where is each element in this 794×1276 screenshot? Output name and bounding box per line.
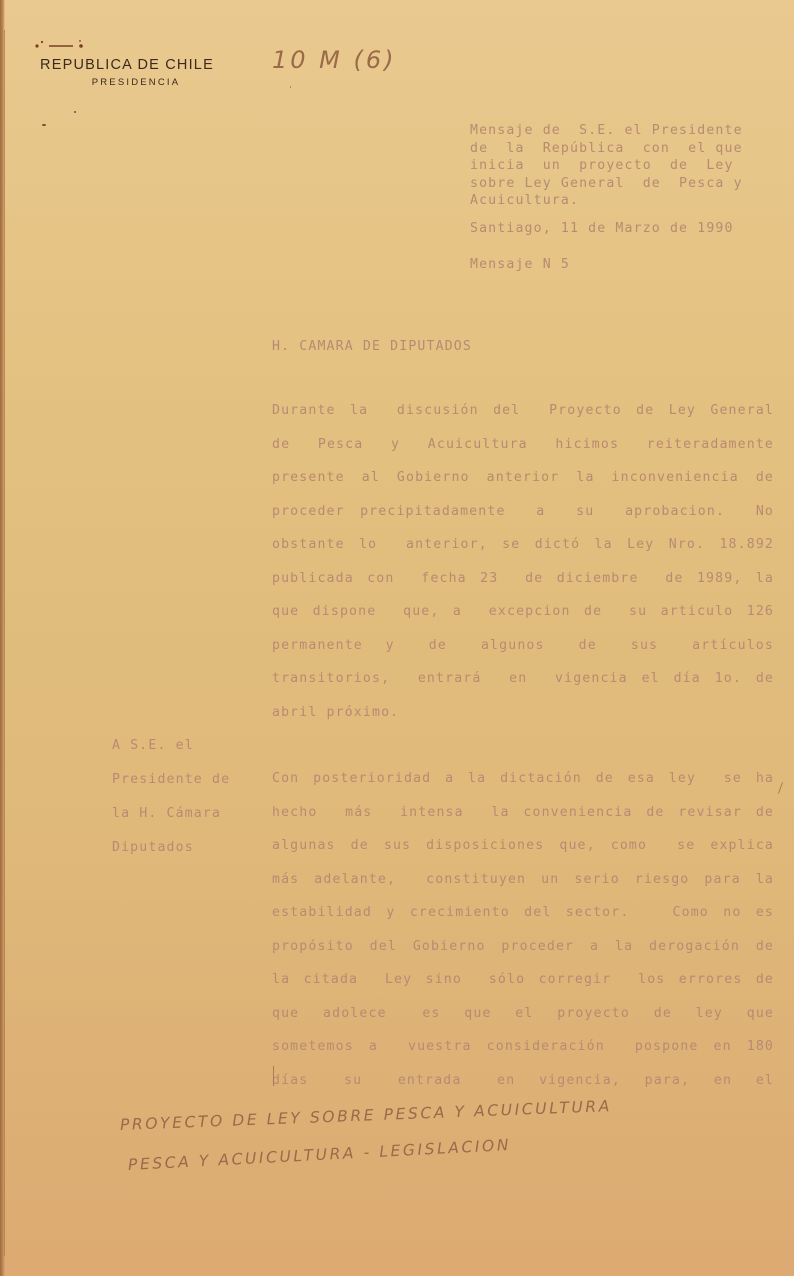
body-line: Durante la discusión del Proyecto de Ley… bbox=[272, 394, 774, 428]
body-line: la citada Ley sino sólo corregir los err… bbox=[272, 963, 774, 997]
page-edge-line bbox=[4, 30, 5, 1256]
handwritten-subject-note: PROYECTO DE LEY SOBRE PESCA Y ACUICULTUR… bbox=[120, 1097, 613, 1134]
dateline: Santiago, 11 de Marzo de 1990 bbox=[470, 221, 734, 236]
body-paragraph-1: Durante la discusión del Proyecto de Ley… bbox=[272, 394, 774, 729]
message-number: Mensaje N 5 bbox=[470, 257, 570, 272]
body-line: obstante lo anterior, se dictó la Ley Nr… bbox=[272, 528, 774, 562]
message-summary: Mensaje de S.E. el Presidente de la Repú… bbox=[470, 122, 770, 210]
addressee-heading: H. CAMARA DE DIPUTADOS bbox=[272, 339, 472, 354]
ink-speck bbox=[74, 111, 76, 113]
body-line: hecho más intensa la conveniencia de rev… bbox=[272, 796, 774, 830]
recipient-line: la H. Cámara bbox=[112, 797, 230, 831]
body-line: de Pesca y Acuicultura hicimos reiterada… bbox=[272, 428, 774, 462]
body-line: presente al Gobierno anterior la inconve… bbox=[272, 461, 774, 495]
recipient-line: Presidente de bbox=[112, 763, 230, 797]
ink-speck bbox=[42, 124, 46, 126]
body-line: permanente y de algunos de sus artículos bbox=[272, 629, 774, 663]
recipient-block: A S.E. el Presidente de la H. Cámara Dip… bbox=[112, 729, 230, 865]
summary-line: inicia un proyecto de Ley bbox=[470, 157, 770, 175]
body-line: estabilidad y crecimiento del sector. Co… bbox=[272, 896, 774, 930]
body-line: sometemos a vuestra consideración pospon… bbox=[272, 1030, 774, 1064]
coat-of-arms-icon bbox=[33, 38, 93, 50]
summary-line: de la República con el que bbox=[470, 140, 770, 158]
recipient-line: A S.E. el bbox=[112, 729, 230, 763]
handwritten-file-reference: 10 M (6) bbox=[272, 46, 397, 74]
body-line: más adelante, constituyen un serio riesg… bbox=[272, 863, 774, 897]
body-line: algunas de sus disposiciones que, como s… bbox=[272, 829, 774, 863]
summary-line: sobre Ley General de Pesca y bbox=[470, 175, 770, 193]
body-line: días su entrada en vigencia, para, en el bbox=[272, 1064, 774, 1098]
body-line: transitorios, entrará en vigencia el día… bbox=[272, 662, 774, 696]
ink-speck bbox=[290, 86, 291, 88]
body-line: proceder precipitadamente a su aprobacio… bbox=[272, 495, 774, 529]
body-paragraph-2: Con posterioridad a la dictación de esa … bbox=[272, 762, 774, 1097]
body-line: Con posterioridad a la dictación de esa … bbox=[272, 762, 774, 796]
margin-mark bbox=[273, 1066, 274, 1086]
body-line: abril próximo. bbox=[272, 696, 774, 730]
body-line: publicada con fecha 23 de diciembre de 1… bbox=[272, 562, 774, 596]
body-line: que adolece es que el proyecto de ley qu… bbox=[272, 997, 774, 1031]
summary-line: Acuicultura. bbox=[470, 192, 770, 210]
margin-mark bbox=[778, 782, 783, 794]
letterhead: REPUBLICA DE CHILE PRESIDENCIA bbox=[32, 57, 222, 88]
letterhead-office: PRESIDENCIA bbox=[32, 77, 222, 88]
letterhead-country: REPUBLICA DE CHILE bbox=[32, 57, 222, 73]
body-line: que dispone que, a excepcion de su artic… bbox=[272, 595, 774, 629]
summary-line: Mensaje de S.E. el Presidente bbox=[470, 122, 770, 140]
body-line: propósito del Gobierno proceder a la der… bbox=[272, 930, 774, 964]
handwritten-category-note: PESCA Y ACUICULTURA - LEGISLACION bbox=[128, 1136, 512, 1174]
recipient-line: Diputados bbox=[112, 831, 230, 865]
